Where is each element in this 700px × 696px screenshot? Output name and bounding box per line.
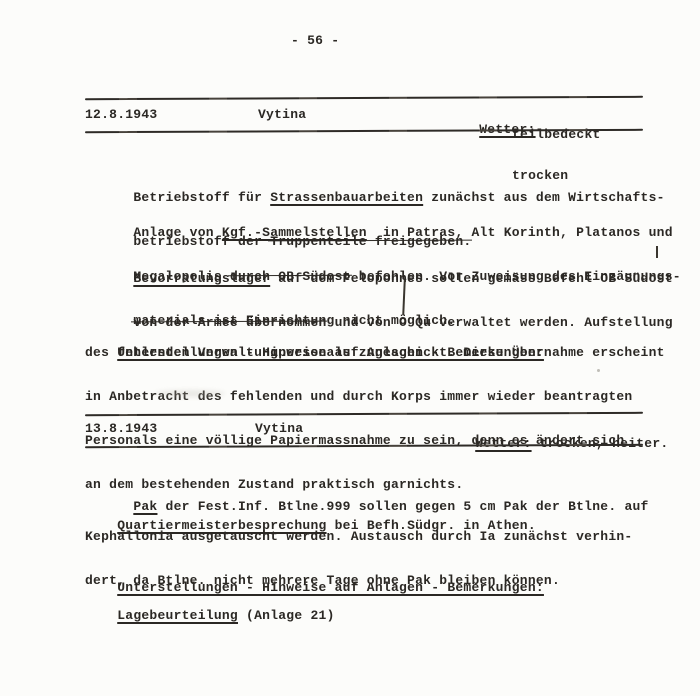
text-run: auf dem Peloponnes sollen gemäss Befehl …: [270, 271, 673, 286]
entry-place: Vytina: [258, 107, 306, 122]
paragraph-quartiermeister: Quartiermeisterbesprechung bei Befh.Südg…: [85, 503, 536, 548]
section-heading-wrap: Unterstellungen - Hinweise auf Anlagen -…: [85, 330, 544, 375]
section-heading: Unterstellungen - Hinweise auf Anlagen -…: [117, 345, 544, 360]
struck-phrase: von der Armee übernommen: [133, 316, 326, 330]
text-run: (Anlage 21): [238, 608, 335, 623]
scan-speck: [597, 369, 600, 372]
entry-date: 12.8.1943: [85, 107, 157, 122]
page-number: - 56 -: [291, 33, 339, 48]
divider-rule: [85, 96, 643, 101]
document-page: - 56 - 12.8.1943 Vytina Wetter: teilbede…: [0, 0, 700, 696]
scan-smudge: [155, 390, 225, 397]
attachment-note: Lagebeurteilung (Anlage 21): [85, 593, 335, 638]
entry-place: Vytina: [255, 421, 303, 436]
text-run: bei Befh.Südgr. in Athen.: [327, 518, 536, 533]
text-run: und von O Qu verwaltet werden. Aufstellu…: [327, 315, 673, 330]
entry-date: 13.8.1943: [85, 421, 157, 436]
underlined-phrase: Quartiermeisterbesprechung: [117, 518, 326, 533]
underlined-phrase: Lagebeurteilung: [117, 608, 238, 623]
underlined-phrase: Bevorratungslager: [133, 271, 270, 286]
ink-mark: [656, 246, 658, 258]
